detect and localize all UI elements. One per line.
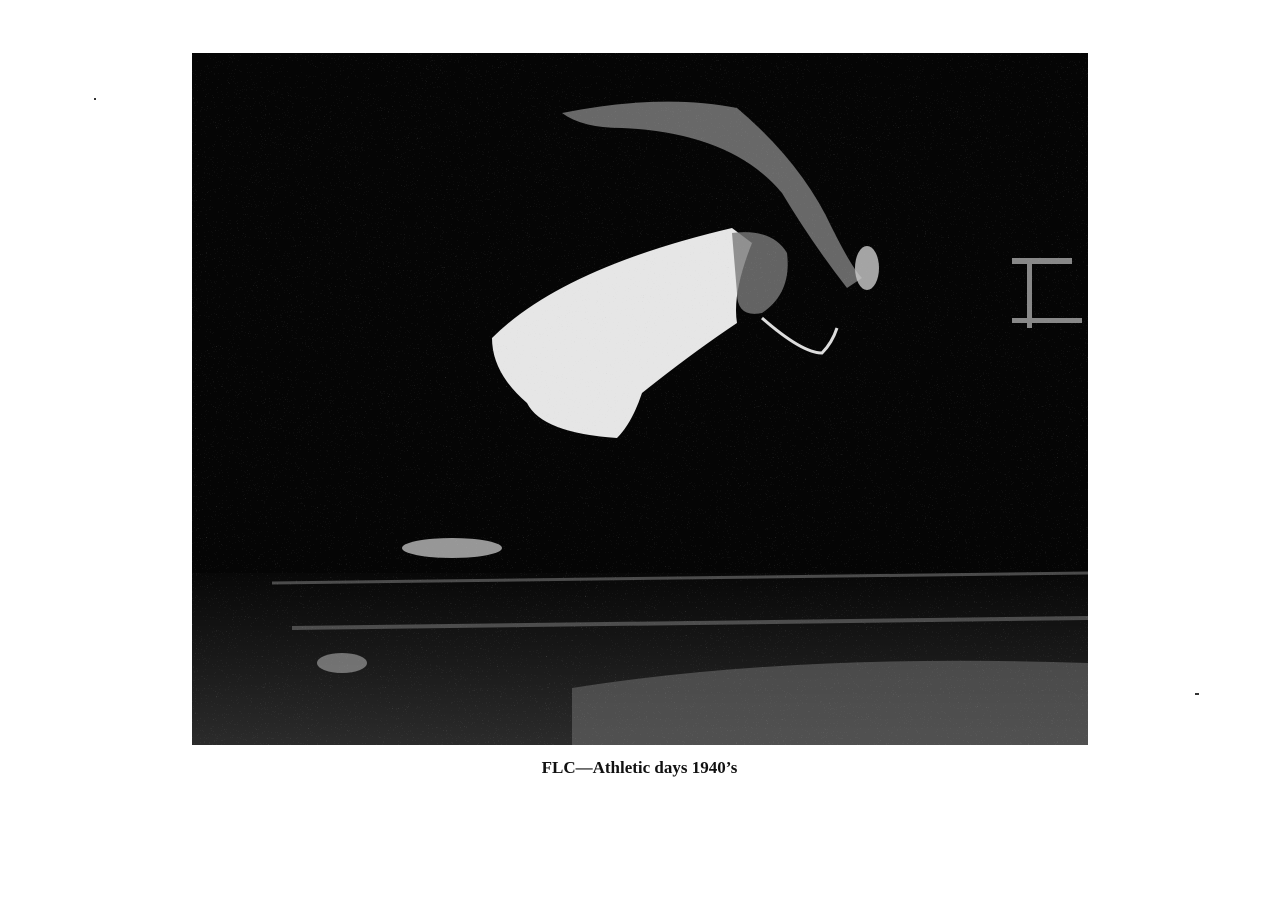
- athlete-photo-illustration: [192, 53, 1088, 745]
- scan-speck: [94, 98, 96, 100]
- scan-speck: [1195, 693, 1199, 695]
- photo-caption: FLC—Athletic days 1940’s: [0, 758, 1279, 778]
- athletic-photo: [192, 53, 1088, 745]
